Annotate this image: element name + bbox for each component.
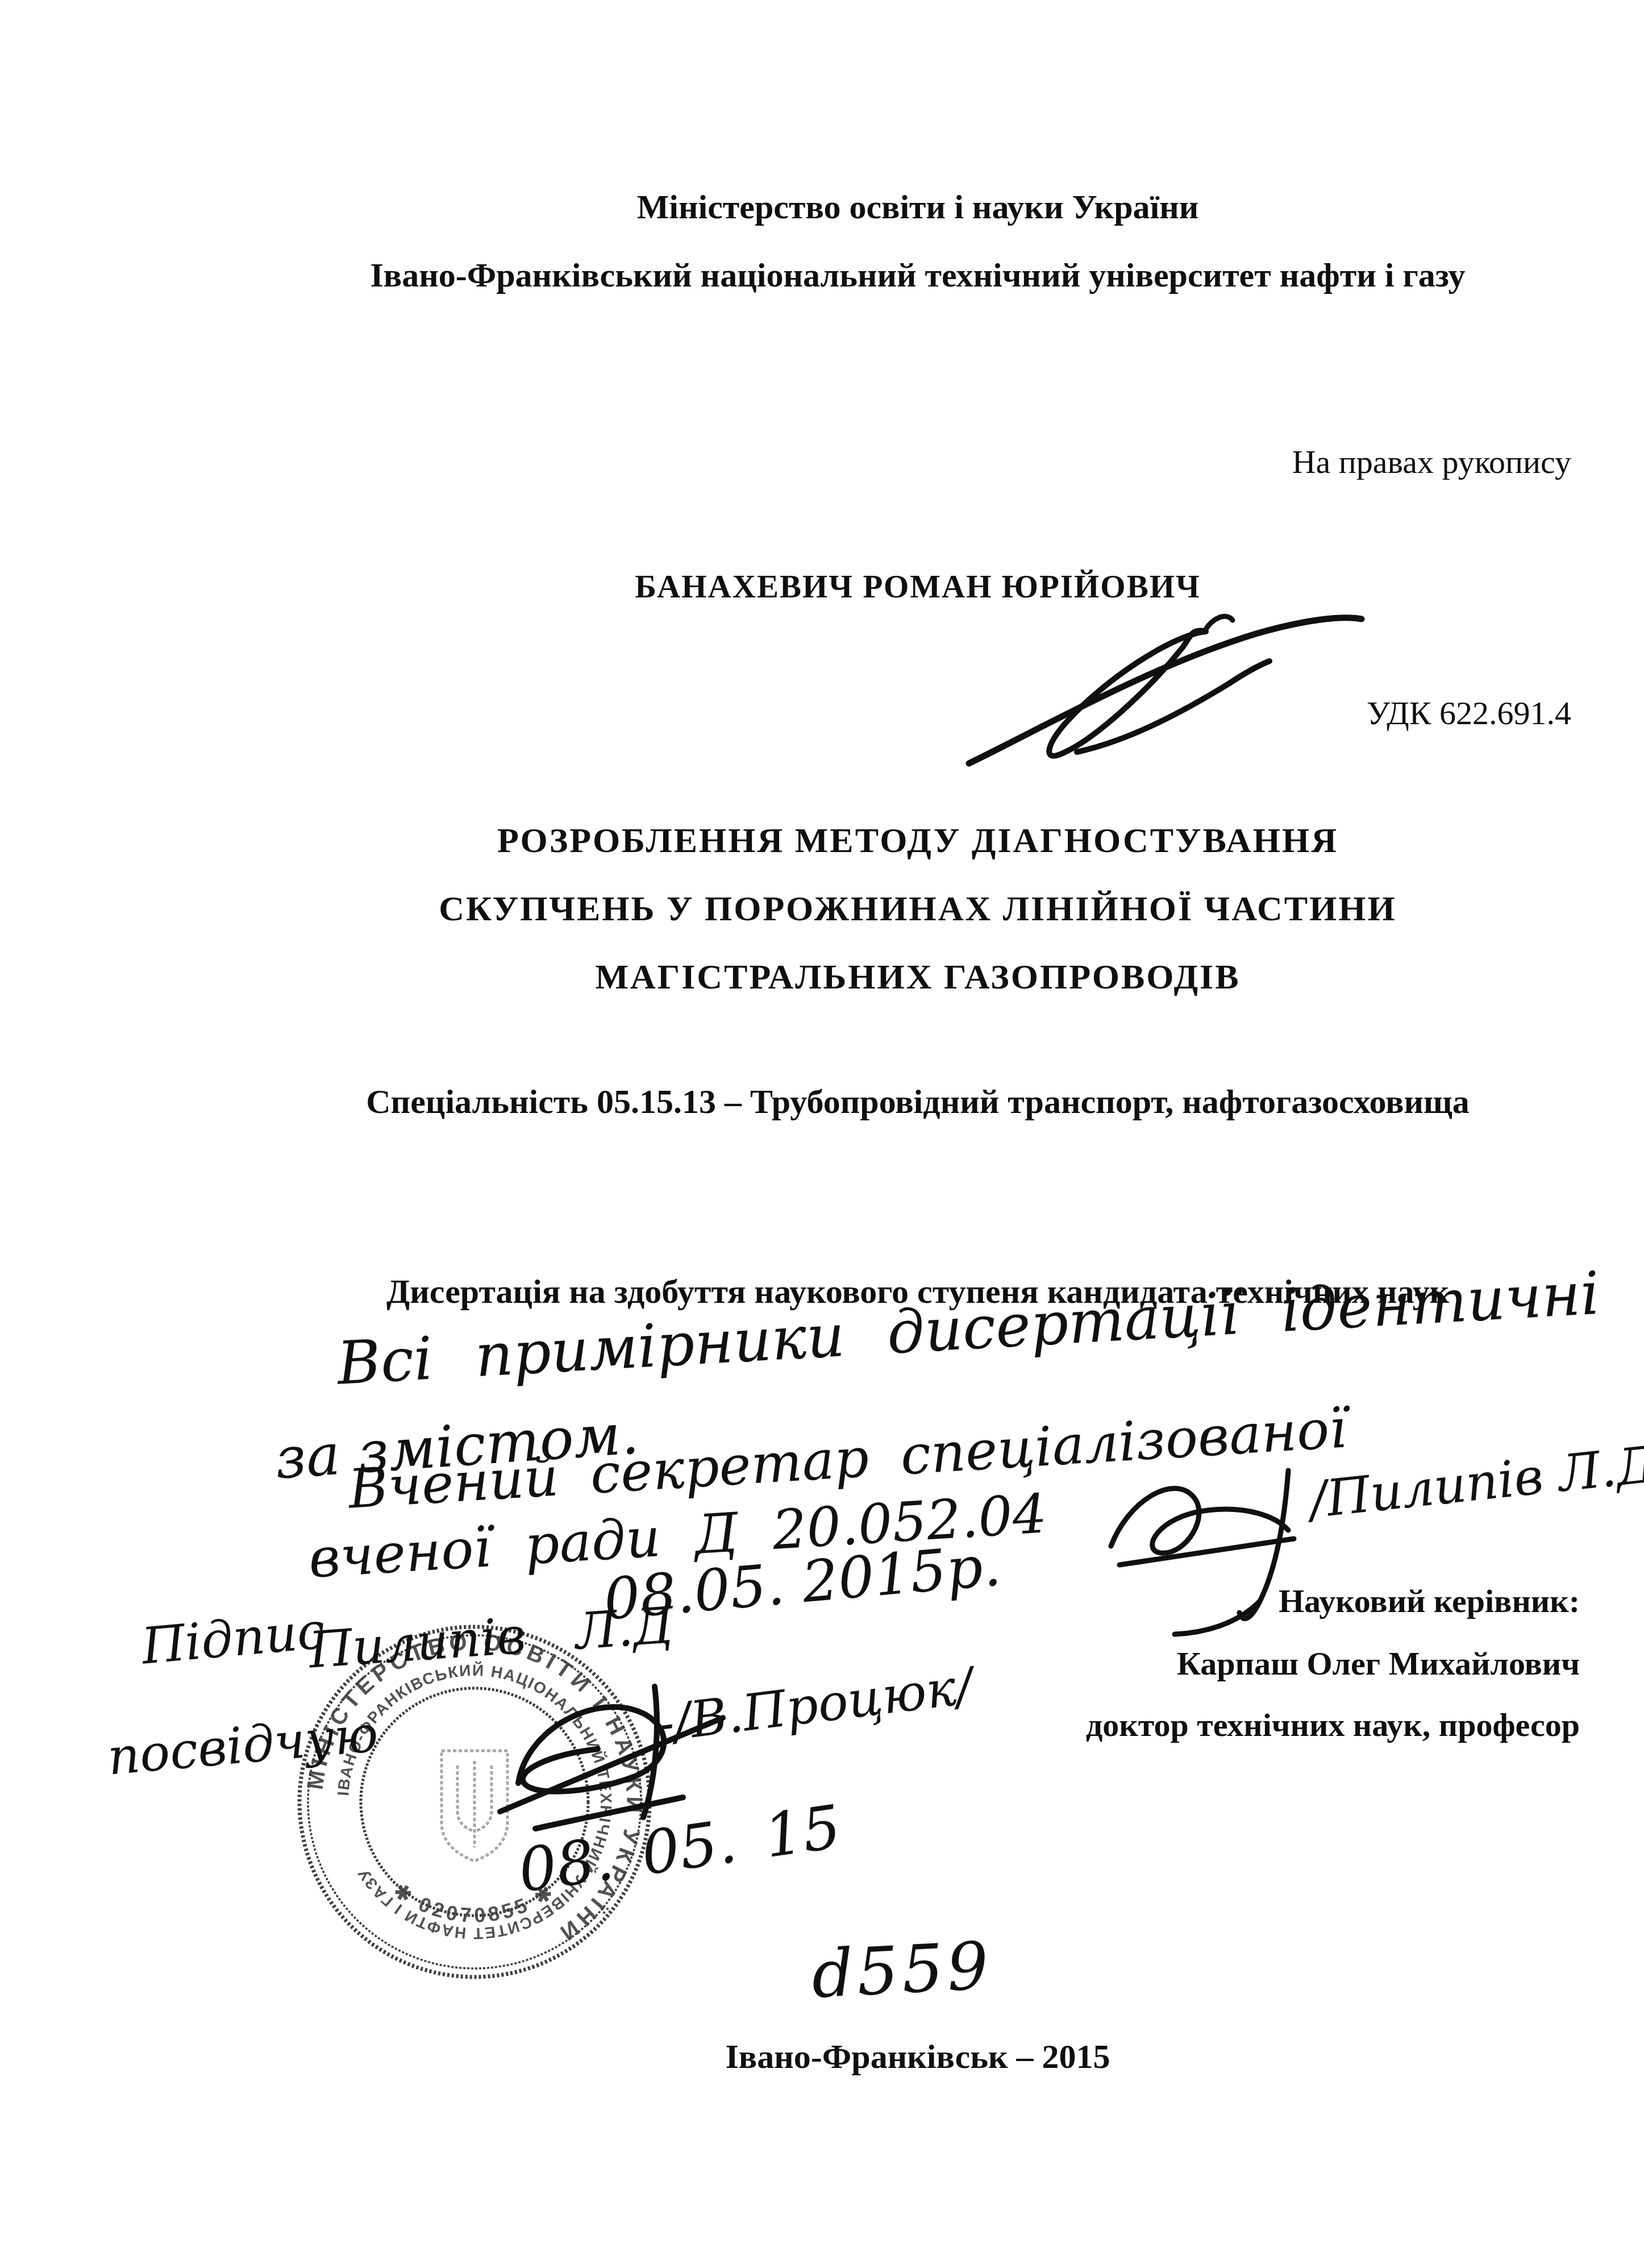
- university-header: Івано-Франківський національний технічни…: [193, 257, 1642, 293]
- supervisor-label: Науковий керівник:: [841, 1584, 1580, 1619]
- city-year-line: Івано-Франківськ – 2015: [193, 2038, 1642, 2075]
- title-line-1: РОЗРОБЛЕННЯ МЕТОДУ ДІАГНОСТУВАННЯ: [193, 822, 1642, 859]
- handwritten-inventory-number: d559: [810, 1928, 994, 2013]
- ministry-header: Міністерство освіти і науки України: [193, 189, 1642, 225]
- title-line-2: СКУПЧЕНЬ У ПОРОЖНИНАХ ЛІНІЙНОЇ ЧАСТИНИ: [193, 890, 1642, 928]
- manuscript-rights-note: На правах рукопису: [852, 445, 1571, 480]
- author-name: БАНАХЕВИЧ РОМАН ЮРІЙОВИЧ: [193, 568, 1642, 605]
- udc-number: УДК 622.691.4: [852, 696, 1571, 731]
- scanned-dissertation-title-page: { "page": { "header_line1": "Міністерств…: [0, 0, 1644, 2268]
- title-line-3: МАГІСТРАЛЬНИХ ГАЗОПРОВОДІВ: [193, 958, 1642, 996]
- handwritten-secretary-name: /Пилипів Л.Д/: [1307, 1433, 1644, 1530]
- specialty-line: Спеціальність 05.15.13 – Трубопровідний …: [193, 1083, 1642, 1120]
- author-signature: [960, 600, 1370, 770]
